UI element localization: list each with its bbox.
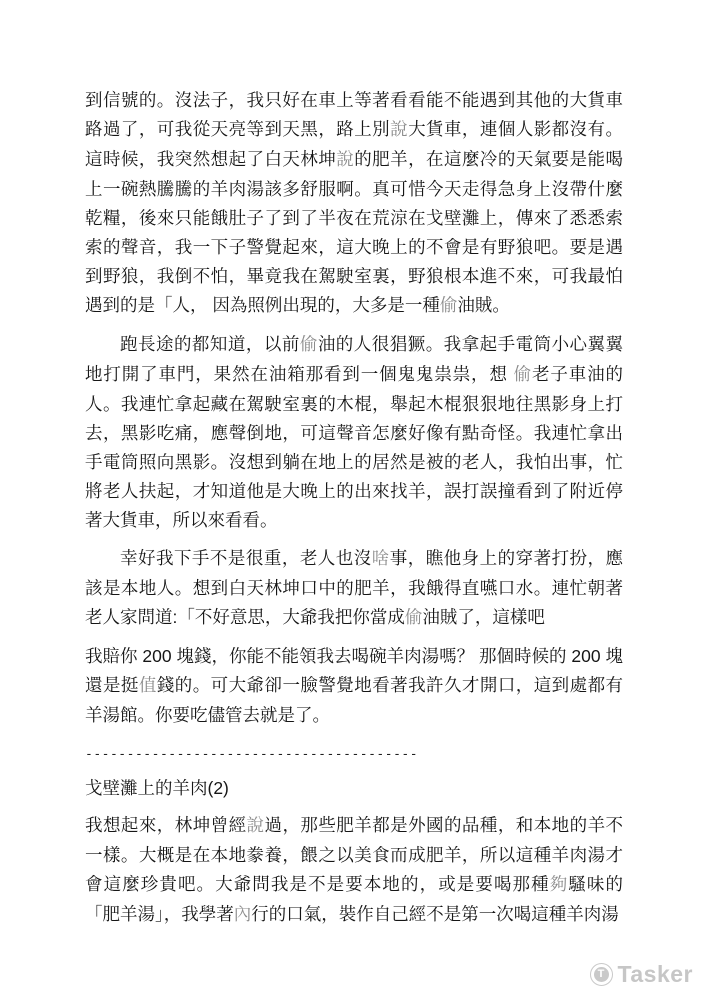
text-run: 的肥羊，在這麼冷的天氣要是能喝上一碗熱騰騰的羊肉湯該多舒服啊。真可惜今天走得急身… xyxy=(85,149,623,315)
tasker-logo-icon: T xyxy=(590,963,613,986)
text-run: 油賊了，這樣吧 xyxy=(422,607,545,627)
document-page: 到信號的。沒法子，我只好在車上等著看看能不能遇到其他的大貨車路過了，可我從天亮等… xyxy=(0,0,706,1000)
fallback-font-char: 偷 xyxy=(300,335,318,355)
document-body: 到信號的。沒法子，我只好在車上等著看看能不能遇到其他的大貨車路過了，可我從天亮等… xyxy=(85,86,623,939)
fallback-font-char: 偷 xyxy=(440,296,458,316)
text-run: 油賊。 xyxy=(457,295,510,315)
fallback-font-char: 說 xyxy=(336,150,354,170)
paragraph: 我想起來，林坤曾經說過，那些肥羊都是外國的品種，和本地的羊不一樣。大概是在本地豢… xyxy=(85,811,623,930)
fallback-font-char: 偷 xyxy=(405,608,423,628)
paragraph: 到信號的。沒法子，我只好在車上等著看看能不能遇到其他的大貨車路過了，可我從天亮等… xyxy=(85,86,623,321)
fallback-font-char: 夠 xyxy=(550,875,569,895)
fallback-font-char: 說 xyxy=(390,120,408,140)
text-run: 我想起來，林坤曾經 xyxy=(85,815,247,835)
paragraph: 我賠你 200 塊錢，你能不能領我去喝碗羊肉湯嗎？ 那個時候的 200 塊還是挺… xyxy=(85,642,623,730)
tasker-watermark: T Tasker xyxy=(590,961,693,988)
text-run: 行的口氣，裝作自己經不是第一次喝這種羊肉湯 xyxy=(251,904,619,924)
text-run: 老子車油的人。我連忙拿起藏在駕駛室裏的木棍，舉起木棍狠狠地往黑影身上打去，黑影吃… xyxy=(85,364,623,530)
tasker-logo-text: Tasker xyxy=(618,961,693,988)
paragraph: 幸好我下手不是很重，老人也沒啥事，瞧他身上的穿著打扮，應該是本地人。想到白天林坤… xyxy=(85,544,623,633)
text-run: 錢的。可大爺卻一臉警覺地看著我許久才開口，這到處都有羊湯館。你要吃儘管去就是了。 xyxy=(85,675,623,725)
tasker-logo-letter: T xyxy=(594,967,609,982)
text-run: 幸好我下手不是很重，老人也沒 xyxy=(120,548,372,568)
paragraph: 跑長途的都知道，以前偷油的人很猖獗。我拿起手電筒小心翼翼地打開了車門，果然在油箱… xyxy=(85,330,623,535)
fallback-font-char: 內 xyxy=(234,905,252,925)
fallback-font-char: 偷 xyxy=(514,365,532,385)
fallback-font-char: 啥 xyxy=(372,549,390,569)
fallback-font-char: 說 xyxy=(247,816,265,836)
dashed-separator: ---------------------------------------- xyxy=(85,746,623,764)
text-run: 跑長途的都知道，以前 xyxy=(120,334,300,354)
fallback-font-char: 值 xyxy=(139,676,157,696)
section-heading: 戈壁灘上的羊肉(2) xyxy=(85,774,623,803)
